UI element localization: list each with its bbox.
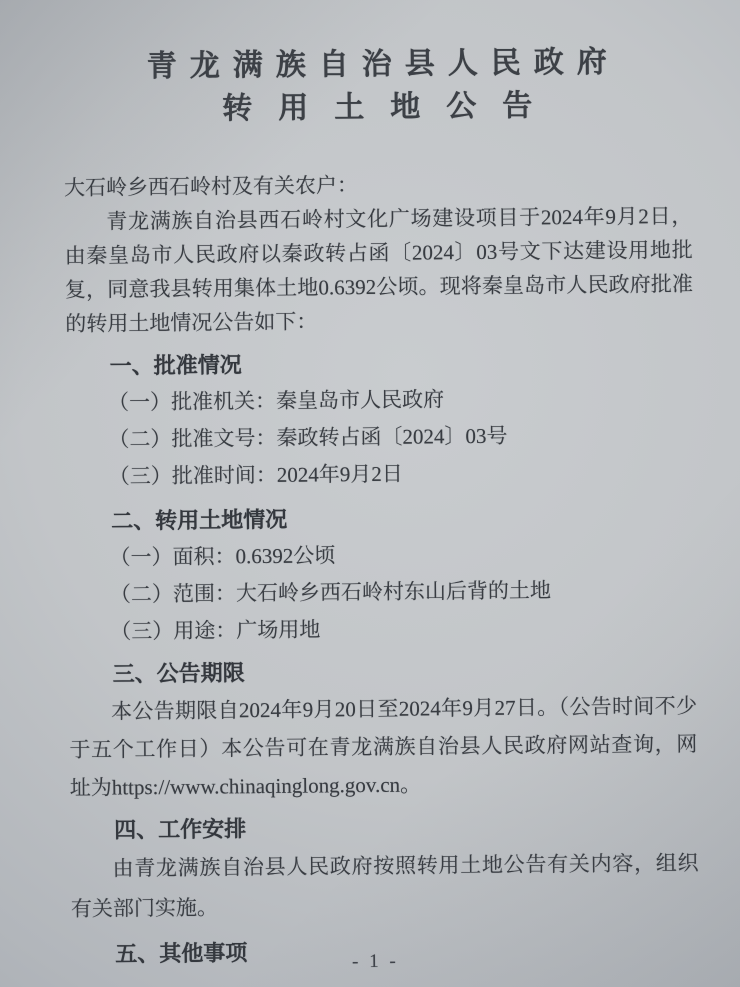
section-heading-land-conversion: 二、转用土地情况 — [111, 498, 695, 540]
section-item-approval-number: （二）批准文号：秦政转占函〔2024〕03号 — [108, 416, 694, 459]
section-item-land-scope: （二）范围：大石岭乡西石岭村东山后背的土地 — [110, 571, 696, 614]
section-heading-notice-period: 三、公告期限 — [113, 651, 697, 693]
document-title-line2: 转用土地公告 — [63, 83, 691, 133]
section-item-approval-date: （三）批准时间：2024年9月2日 — [109, 453, 695, 496]
notice-period-paragraph: 本公告期限自2024年9月20日至2024年9月27日。（公告时间不少于五个工作… — [69, 687, 698, 807]
document-title-line1: 青龙满族自治县人民政府 — [63, 41, 691, 89]
intro-paragraph: 青龙满族自治县西石岭村文化广场建设项目于2024年9月2日，由秦皇岛市人民政府以… — [64, 199, 693, 341]
section-heading-work-arrangement: 四、工作安排 — [114, 807, 698, 849]
document-page: 青龙满族自治县人民政府 转用土地公告 大石岭乡西石岭村及有关农户： 青龙满族自治… — [0, 0, 740, 987]
work-arrangement-paragraph: 由青龙满族自治县人民政府按照转用土地公告有关内容，组织有关部门实施。 — [70, 843, 699, 929]
section-heading-approval: 一、批准情况 — [110, 343, 694, 385]
section-item-land-area: （一）面积：0.6392公顷 — [109, 534, 695, 577]
section-item-land-use: （三）用途：广场用地 — [110, 608, 696, 651]
document-body: 大石岭乡西石岭村及有关农户： 青龙满族自治县西石岭村文化广场建设项目于2024年… — [64, 165, 700, 973]
section-item-approval-authority: （一）批准机关：秦皇岛市人民政府 — [108, 379, 694, 422]
